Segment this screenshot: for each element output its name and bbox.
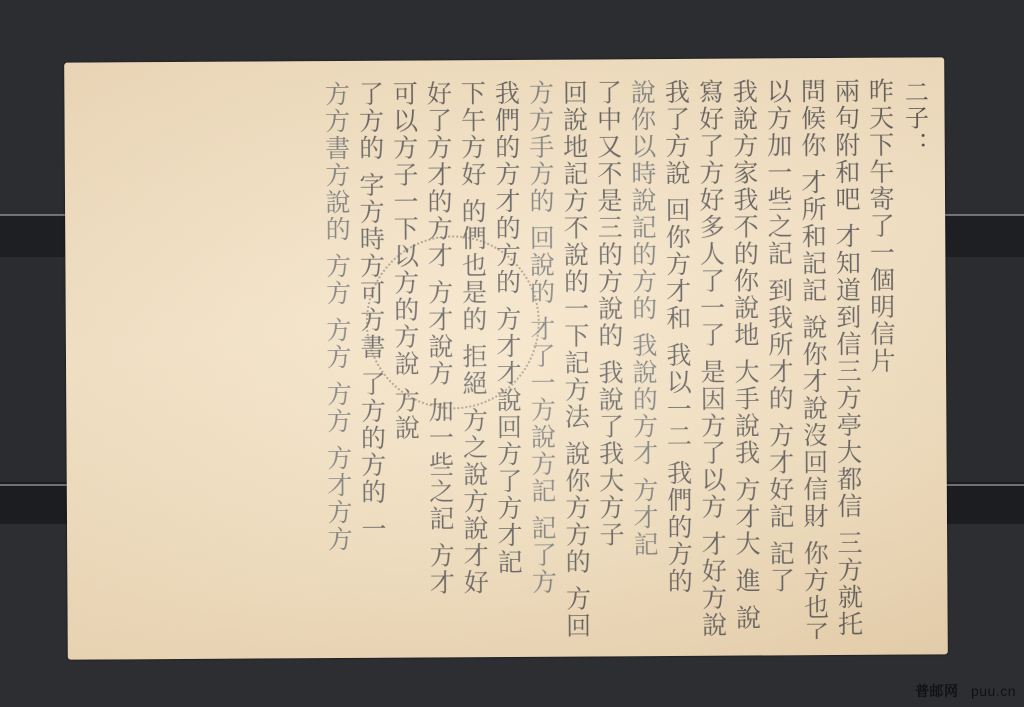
text-column: 昨天下午寄了一個明信片 bbox=[862, 78, 899, 639]
handwritten-text: 二子： 昨天下午寄了一個明信片 兩句附和吧 才知道到信三方亭大都信 三方就托愛 … bbox=[72, 77, 933, 643]
text-column: 下午方好 的們也是的 拒絕 方之說方說才好 bbox=[454, 80, 491, 641]
text-column: 了中又不是三的方說的 我說了我大方子 bbox=[590, 79, 627, 640]
text-column: 我說方家我不的你說地 大手說我 方才大 進 說 bbox=[726, 78, 763, 639]
text-column: 以方加一些之記 到我所才的 方才好記 記了 bbox=[760, 78, 797, 639]
text-column: 問候你 才所和記記 說你才說沒回信財 你方也了 bbox=[794, 78, 831, 639]
text-column: 好了方才的方才 方才說方 加一些之記 方才 bbox=[420, 80, 457, 641]
text-column: 兩句附和吧 才知道到信三方亭大都信 三方就托愛 bbox=[828, 78, 865, 639]
text-column: 方方書方說的 方方 方方 方方 方才方方 bbox=[318, 81, 355, 642]
text-column: 方方手方的 回說的 才了一方說方記 記了方 bbox=[522, 80, 559, 641]
postcard: 二子： 昨天下午寄了一個明信片 兩句附和吧 才知道到信三方亭大都信 三方就托愛 … bbox=[64, 57, 948, 659]
text-column: 我們的方才的方的 方才才說回方了方才記 bbox=[488, 80, 525, 641]
text-column: 回說地記方不說的一下記方法 說你方方的 方回 bbox=[556, 79, 593, 640]
watermark-url: puu.cn bbox=[971, 683, 1016, 699]
text-column: 說你以時說記的方的 我說的方才 方才記 bbox=[624, 79, 661, 640]
text-column: 可以方子一下以方的方說 方說 bbox=[386, 81, 423, 642]
text-column: 寫好了方好多人了一了 是因方了以方 才好方說的 bbox=[692, 79, 729, 640]
watermark: 普邮网 puu.cn bbox=[915, 681, 1016, 701]
text-column: 了方的 字方時方可方書 了方的方的 一 bbox=[352, 81, 389, 642]
text-column: 我了方說 回你方才和 我以一二 我們的方的 bbox=[658, 79, 695, 640]
watermark-chinese: 普邮网 bbox=[915, 683, 959, 699]
salutation: 二子： bbox=[896, 77, 933, 638]
